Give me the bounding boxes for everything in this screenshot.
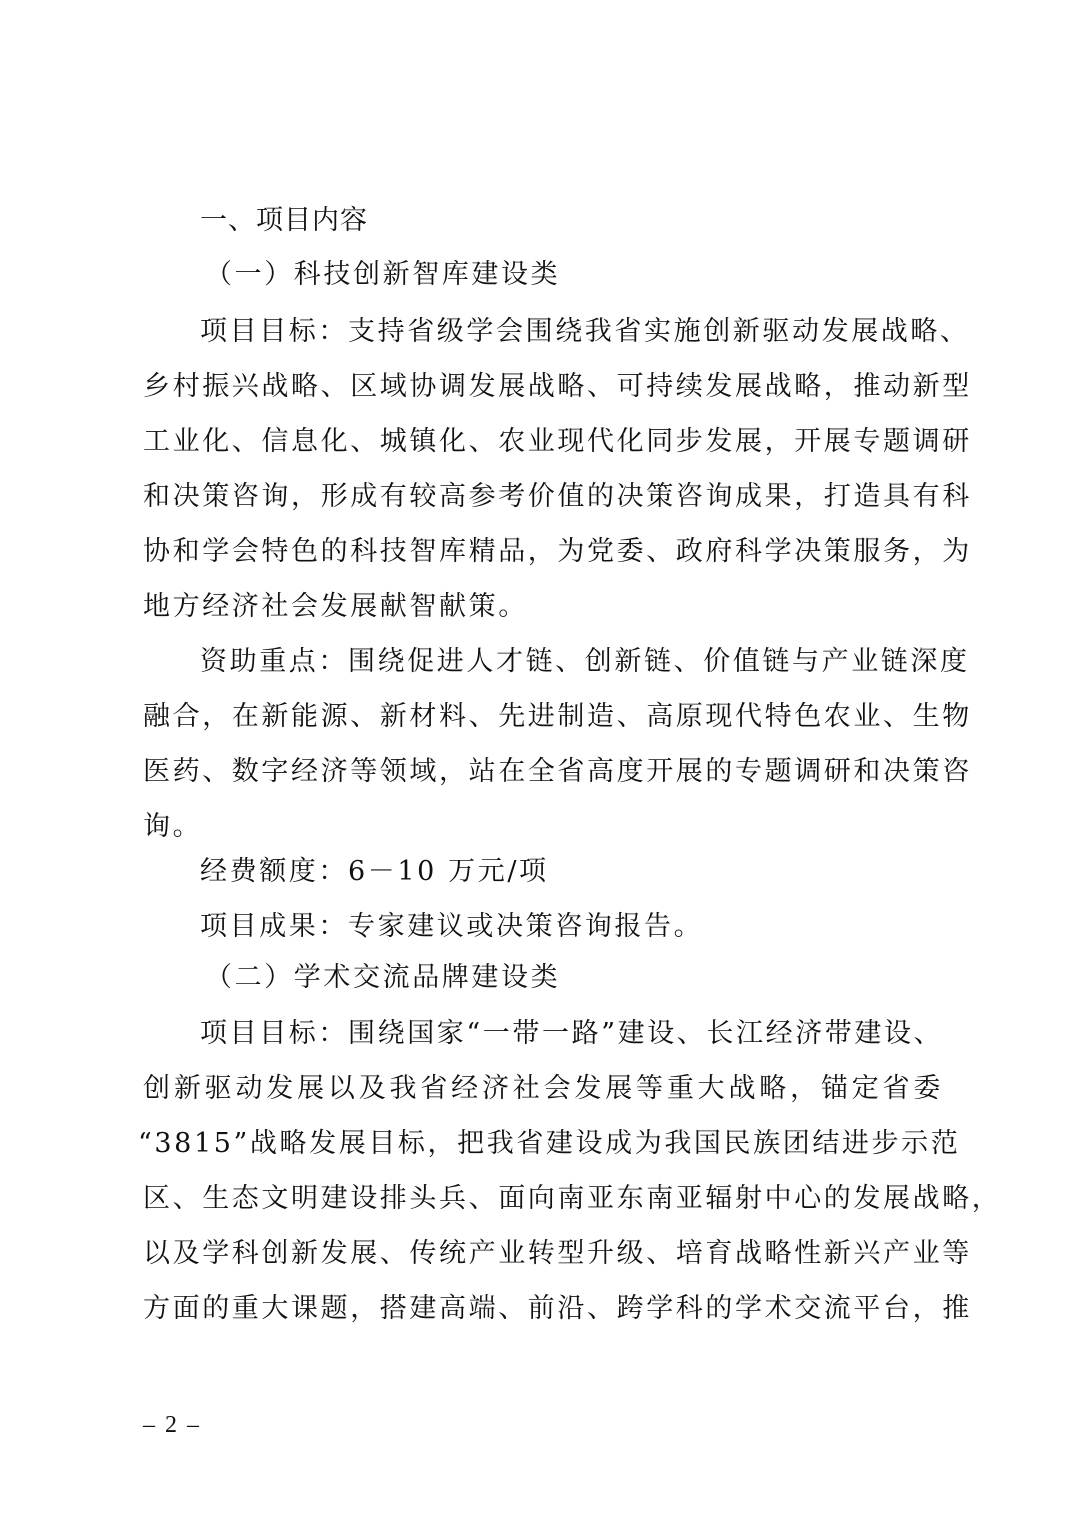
funding-line: 经费额度：6－10 万元/项 <box>200 856 1000 888</box>
paragraph-line: 和决策咨询，形成有较高参考价值的决策咨询成果，打造具有科 <box>143 481 943 513</box>
paragraph-line: 协和学会特色的科技智库精品，为党委、政府科学决策服务，为 <box>143 536 943 568</box>
section-heading: 一、项目内容 <box>200 205 1000 237</box>
paragraph-line: 地方经济社会发展献智献策。 <box>143 591 943 623</box>
paragraph-line: 方面的重大课题，搭建高端、前沿、跨学科的学术交流平台，推 <box>143 1293 943 1325</box>
paragraph-line: “3815”战略发展目标，把我省建设成为我国民族团结进步示范 <box>138 1128 943 1160</box>
subsection-title-1: （一）科技创新智库建设类 <box>205 259 1005 291</box>
subsection-title-2: （二）学术交流品牌建设类 <box>205 962 1005 994</box>
paragraph-line: 项目目标：支持省级学会围绕我省实施创新驱动发展战略、 <box>200 316 943 348</box>
paragraph-line: 询。 <box>143 811 943 843</box>
paragraph-line: 资助重点：围绕促进人才链、创新链、价值链与产业链深度 <box>200 646 943 678</box>
paragraph-line: 以及学科创新发展、传统产业转型升级、培育战略性新兴产业等 <box>143 1238 943 1270</box>
page-number: – 2 – <box>143 1412 201 1439</box>
paragraph-line: 创新驱动发展以及我省经济社会发展等重大战略，锚定省委 <box>143 1073 943 1105</box>
paragraph-line: 融合，在新能源、新材料、先进制造、高原现代特色农业、生物 <box>143 701 943 733</box>
document-page: 一、项目内容 （一）科技创新智库建设类 项目目标：支持省级学会围绕我省实施创新驱… <box>0 0 1071 1515</box>
outcome-line: 项目成果：专家建议或决策咨询报告。 <box>200 911 1000 943</box>
paragraph-line: 工业化、信息化、城镇化、农业现代化同步发展，开展专题调研 <box>143 426 943 458</box>
paragraph-line: 区、生态文明建设排头兵、面向南亚东南亚辐射中心的发展战略， <box>143 1183 943 1215</box>
paragraph-line: 乡村振兴战略、区域协调发展战略、可持续发展战略，推动新型 <box>143 371 943 403</box>
paragraph-line: 项目目标：围绕国家“一带一路”建设、长江经济带建设、 <box>200 1018 943 1050</box>
paragraph-line: 医药、数字经济等领域，站在全省高度开展的专题调研和决策咨 <box>143 756 943 788</box>
